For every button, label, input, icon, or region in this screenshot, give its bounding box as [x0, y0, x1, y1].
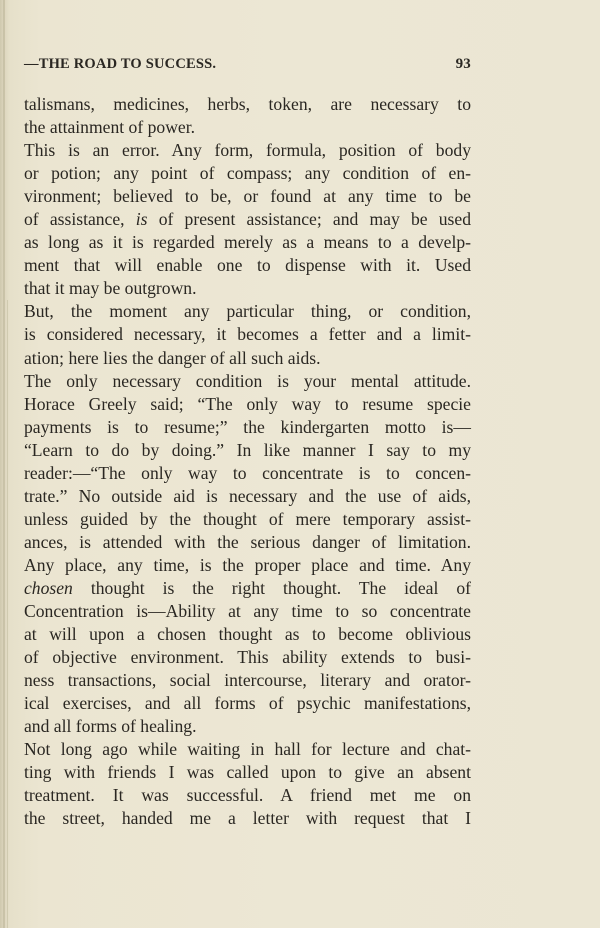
text-line: of assistance, is of present assistance;…	[24, 208, 471, 231]
page-number: 93	[456, 56, 471, 73]
text-line: at will upon a chosen thought as to beco…	[24, 623, 471, 646]
text-line: treatment. It was successful. A friend m…	[24, 784, 471, 807]
text-line: ness transactions, social intercourse, l…	[24, 669, 471, 692]
text-line: talismans, medicines, herbs, token, are …	[24, 93, 471, 116]
text-line: is considered necessary, it becomes a fe…	[24, 323, 471, 346]
text-line: ical exercises, and all forms of psychic…	[24, 692, 471, 715]
text-line: But, the moment any particular thing, or…	[24, 300, 471, 323]
page-gutter-shadow	[3, 0, 5, 928]
page-gutter-line	[7, 300, 8, 928]
text-line: as long as it is regarded merely as a me…	[24, 231, 471, 254]
text-line: vironment; believed to be, or found at a…	[24, 185, 471, 208]
text-line: unless guided by the thought of mere tem…	[24, 508, 471, 531]
text-line: the street, handed me a letter with requ…	[24, 807, 471, 830]
text-line: Horace Greely said; “The only way to res…	[24, 393, 471, 416]
text-line: Not long ago while waiting in hall for l…	[24, 738, 471, 761]
text-line: the attainment of power.	[24, 116, 471, 139]
text-span: of assistance,	[24, 209, 125, 229]
body-text: talismans, medicines, herbs, token, are …	[24, 93, 471, 831]
text-line: ting with friends I was called upon to g…	[24, 761, 471, 784]
text-span: thought is the right thought. The ideal …	[91, 578, 471, 598]
running-header: —THE ROAD TO SUCCESS. 93	[24, 56, 471, 76]
italic-emphasis: chosen	[24, 578, 73, 598]
text-line: Any place, any time, is the proper place…	[24, 554, 471, 577]
text-line: The only necessary condition is your men…	[24, 370, 471, 393]
text-line: ment that will enable one to dispense wi…	[24, 254, 471, 277]
text-span: of present assistance; and may be used	[159, 209, 471, 229]
running-title: —THE ROAD TO SUCCESS.	[24, 56, 216, 73]
text-line: “Learn to do by doing.” In like manner I…	[24, 439, 471, 462]
text-line: ances, is attended with the serious dang…	[24, 531, 471, 554]
book-page: —THE ROAD TO SUCCESS. 93 talismans, medi…	[0, 0, 600, 928]
text-line: and all forms of healing.	[24, 715, 471, 738]
text-line: Concentration is—Ability at any time to …	[24, 600, 471, 623]
text-line: This is an error. Any form, formula, pos…	[24, 139, 471, 162]
text-line: ation; here lies the danger of all such …	[24, 347, 471, 370]
text-line: trate.” No outside aid is necessary and …	[24, 485, 471, 508]
text-line: reader:—“The only way to concentrate is …	[24, 462, 471, 485]
text-line: payments is to resume;” the kindergarten…	[24, 416, 471, 439]
italic-emphasis: is	[136, 209, 148, 229]
text-line: that it may be outgrown.	[24, 277, 471, 300]
text-line: or potion; any point of compass; any con…	[24, 162, 471, 185]
text-line: chosen thought is the right thought. The…	[24, 577, 471, 600]
text-line: of objective environment. This ability e…	[24, 646, 471, 669]
